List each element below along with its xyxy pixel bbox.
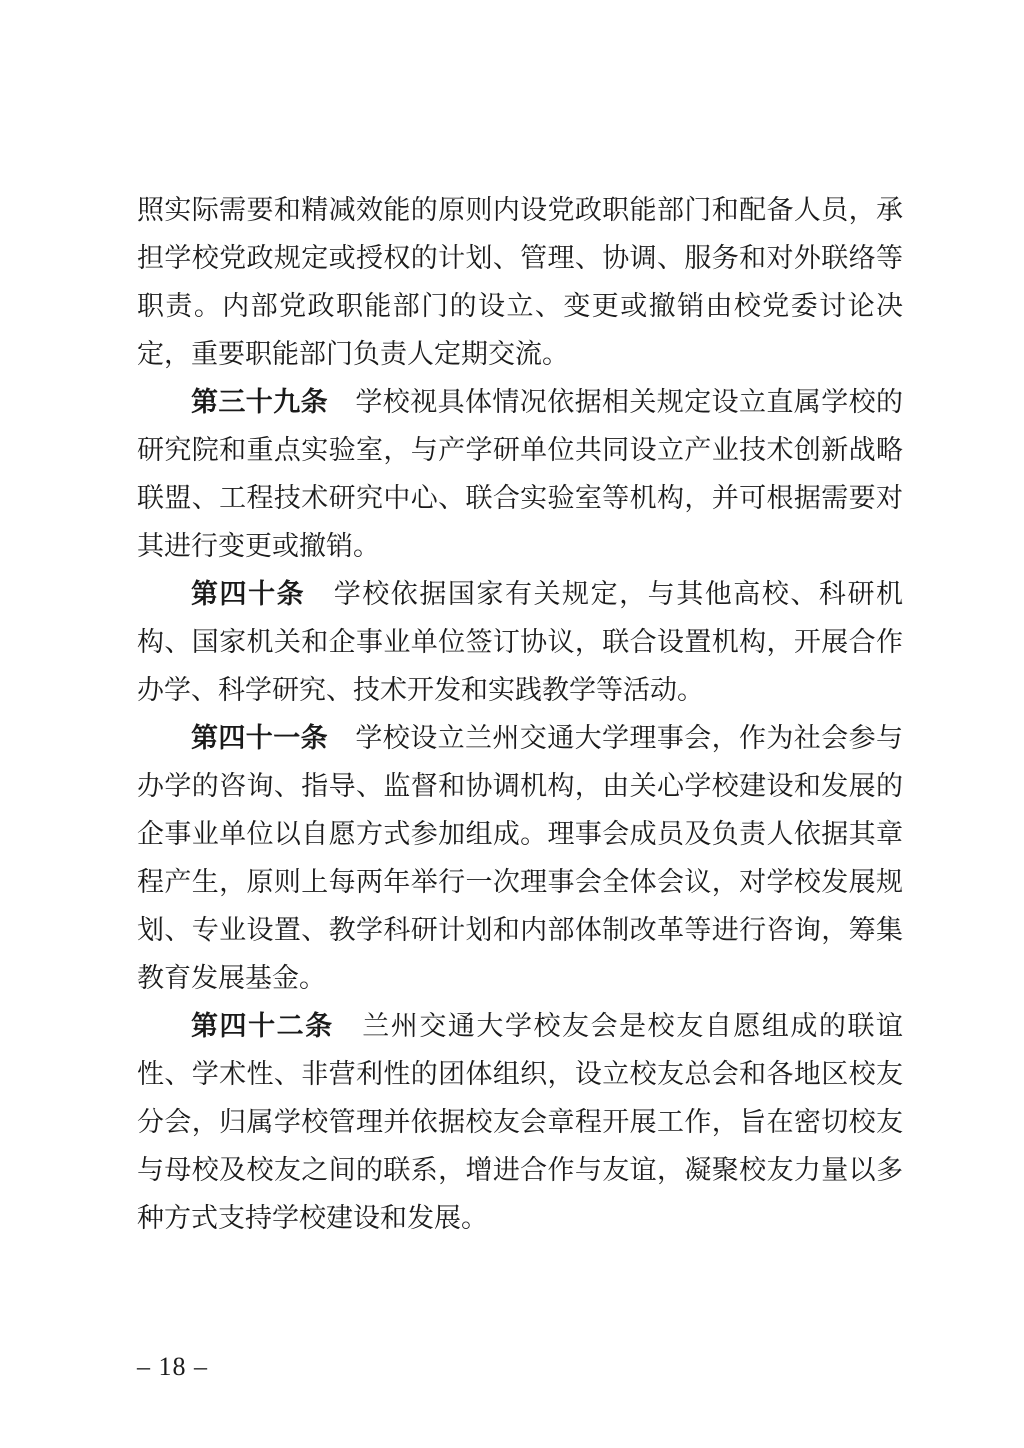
article-number: 第四十二条 (191, 1011, 334, 1041)
article-number: 第四十一条 (191, 723, 328, 753)
paragraph: 第三十九条 学校视具体情况依据相关规定设立直属学校的研究院和重点实验室，与产学研… (137, 378, 903, 570)
paragraph: 第四十二条 兰州交通大学校友会是校友自愿组成的联谊性、学术性、非营利性的团体组织… (137, 1002, 903, 1242)
article-number: 第三十九条 (191, 387, 328, 417)
paragraph: 第四十一条 学校设立兰州交通大学理事会，作为社会参与办学的咨询、指导、监督和协调… (137, 714, 903, 1002)
article-number: 第四十条 (191, 579, 305, 609)
document-page: 照实际需要和精减效能的原则内设党政职能部门和配备人员，承担学校党政规定或授权的计… (0, 0, 1024, 1448)
page-number: – 18 – (137, 1350, 208, 1384)
paragraph: 照实际需要和精减效能的原则内设党政职能部门和配备人员，承担学校党政规定或授权的计… (137, 186, 903, 378)
paragraph: 第四十条 学校依据国家有关规定，与其他高校、科研机构、国家机关和企事业单位签订协… (137, 570, 903, 714)
document-body: 照实际需要和精减效能的原则内设党政职能部门和配备人员，承担学校党政规定或授权的计… (137, 186, 903, 1242)
